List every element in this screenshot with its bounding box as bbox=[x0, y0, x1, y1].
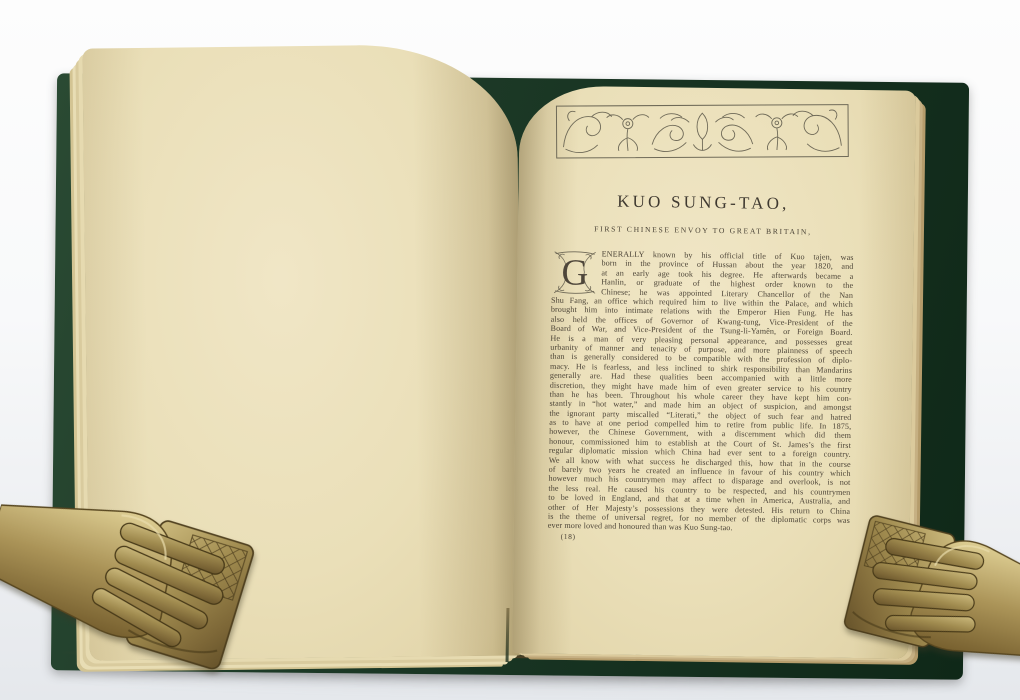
floral-headpiece-engraving bbox=[555, 103, 849, 160]
indented-lines: ENERALLY known by his official title of … bbox=[601, 249, 854, 300]
ornamental-drop-cap-initial: G bbox=[551, 249, 599, 297]
opening-paragraph: G ENERALLY known by his official title o… bbox=[551, 249, 854, 300]
paragraph-lines: Shu Fang, an office which required him t… bbox=[548, 296, 853, 526]
chapter-title: KUO SUNG-TAO, bbox=[552, 191, 854, 215]
body-text: G ENERALLY known by his official title o… bbox=[548, 249, 854, 545]
chapter-subtitle: FIRST CHINESE ENVOY TO GREAT BRITAIN, bbox=[552, 224, 854, 237]
photo-background: KUO SUNG-TAO, FIRST CHINESE ENVOY TO GRE… bbox=[0, 0, 1020, 700]
svg-text:G: G bbox=[561, 252, 588, 293]
